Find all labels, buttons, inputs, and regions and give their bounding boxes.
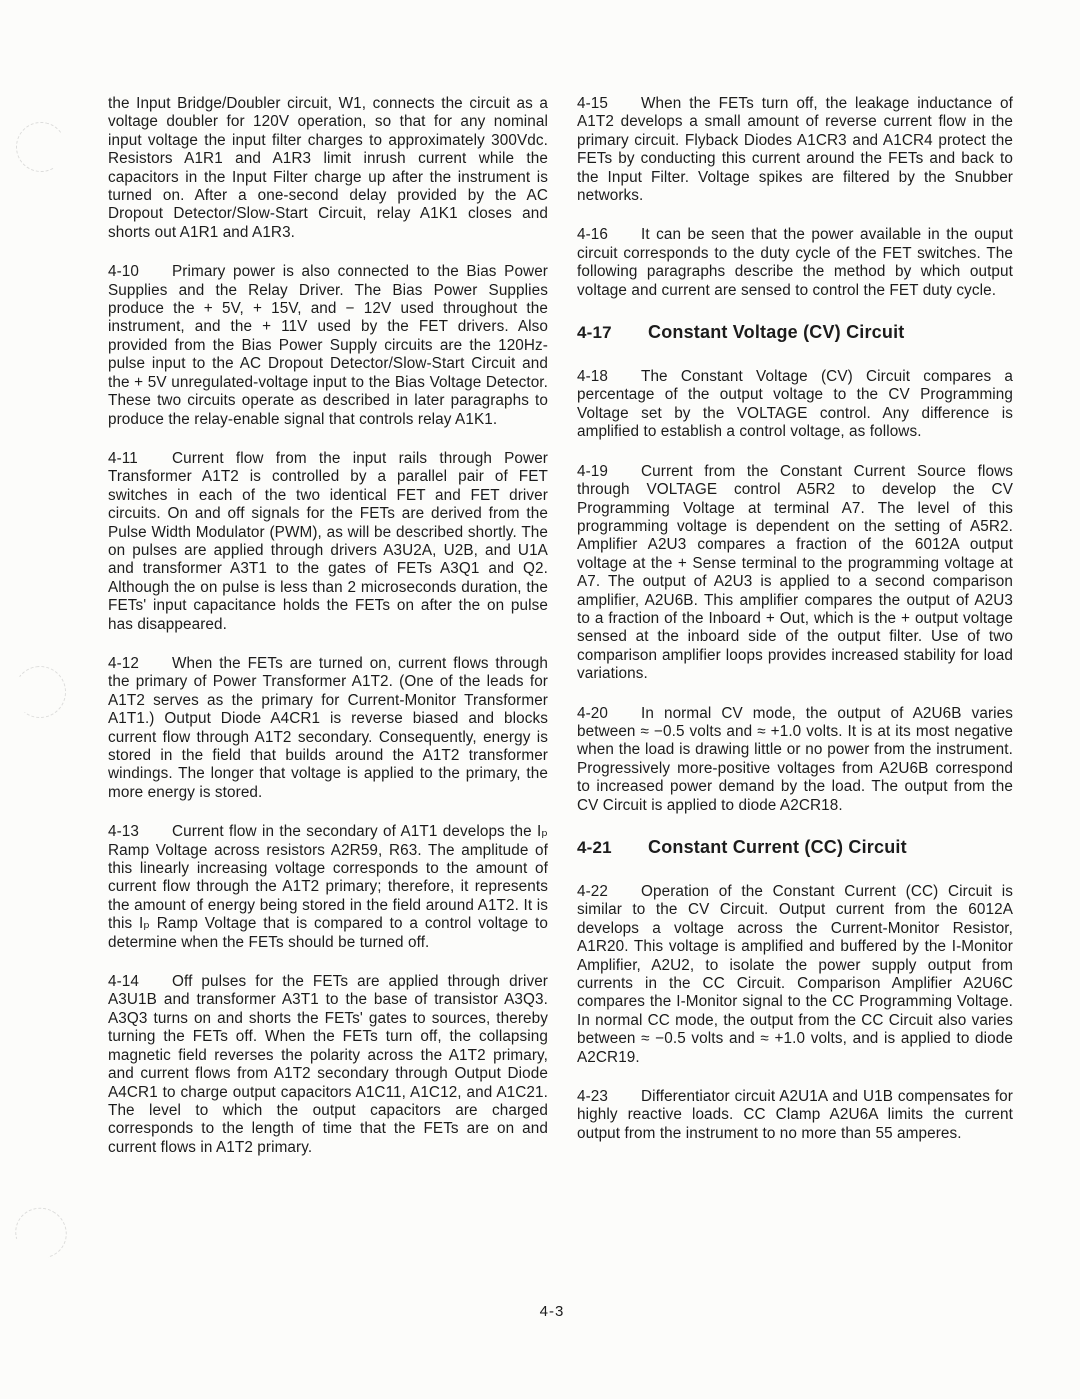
paragraph-4-16: 4-16It can be seen that the power availa… [577, 226, 1013, 300]
section-title: Constant Current (CC) Circuit [648, 837, 907, 857]
section-number: 4-21 [577, 837, 648, 859]
paragraph-text: When the FETs are turned on, current flo… [108, 655, 548, 801]
paragraph-text: In normal CV mode, the output of A2U6B v… [577, 705, 1013, 814]
paragraph-number: 4-11 [108, 450, 172, 468]
section-number: 4-17 [577, 322, 648, 344]
left-column: the Input Bridge/Doubler circuit, W1, co… [108, 95, 548, 1178]
paragraph-4-14: 4-14Off pulses for the FETs are applied … [108, 973, 548, 1157]
manual-page: the Input Bridge/Doubler circuit, W1, co… [0, 0, 1080, 1399]
punch-hole-artifact-bottom [6, 1198, 76, 1267]
punch-hole-artifact-top [11, 117, 70, 176]
paragraph-text: It can be seen that the power available … [577, 226, 1013, 298]
paragraph-number: 4-20 [577, 705, 641, 723]
paragraph-text: Current from the Constant Current Source… [577, 463, 1013, 682]
section-heading-constant-voltage: 4-17Constant Voltage (CV) Circuit [577, 321, 1013, 344]
paragraph-number: 4-14 [108, 973, 172, 991]
paragraph-number: 4-23 [577, 1088, 641, 1106]
paragraph-number: 4-22 [577, 883, 641, 901]
paragraph-number: 4-16 [577, 226, 641, 244]
paragraph-text: Differentiator circuit A2U1A and U1B com… [577, 1088, 1013, 1142]
paragraph-text: Primary power is also connected to the B… [108, 263, 548, 427]
paragraph-4-11: 4-11Current flow from the input rails th… [108, 450, 548, 634]
paragraph-text: When the FETs turn off, the leakage indu… [577, 95, 1013, 204]
paragraph-4-12: 4-12When the FETs are turned on, current… [108, 655, 548, 802]
paragraph-4-23: 4-23Differentiator circuit A2U1A and U1B… [577, 1088, 1013, 1143]
paragraph-number: 4-19 [577, 463, 641, 481]
page-number: 4-3 [0, 1303, 1080, 1320]
paragraph-number: 4-18 [577, 368, 641, 386]
paragraph-4-22: 4-22Operation of the Constant Current (C… [577, 883, 1013, 1067]
paragraph-text: Current flow in the secondary of A1T1 de… [108, 823, 548, 950]
section-heading-constant-current: 4-21Constant Current (CC) Circuit [577, 836, 1013, 859]
paragraph-number: 4-15 [577, 95, 641, 113]
paragraph-number: 4-10 [108, 263, 172, 281]
paragraph-text: the Input Bridge/Doubler circuit, W1, co… [108, 95, 548, 241]
paragraph-text: Current flow from the input rails throug… [108, 450, 548, 633]
section-title: Constant Voltage (CV) Circuit [648, 322, 904, 342]
paragraph-4-19: 4-19Current from the Constant Current So… [577, 463, 1013, 684]
paragraph-text: The Constant Voltage (CV) Circuit compar… [577, 368, 1013, 440]
paragraph-text: Operation of the Constant Current (CC) C… [577, 883, 1013, 1066]
paragraph-4-10: 4-10Primary power is also connected to t… [108, 263, 548, 429]
right-column: 4-15When the FETs turn off, the leakage … [577, 95, 1013, 1164]
paragraph-number: 4-12 [108, 655, 172, 673]
paragraph-text: Off pulses for the FETs are applied thro… [108, 973, 548, 1156]
paragraph-4-20: 4-20In normal CV mode, the output of A2U… [577, 705, 1013, 815]
paragraph-number: 4-13 [108, 823, 172, 841]
punch-hole-artifact-middle [11, 663, 70, 722]
paragraph-intro-continued: the Input Bridge/Doubler circuit, W1, co… [108, 95, 548, 242]
paragraph-4-13: 4-13Current flow in the secondary of A1T… [108, 823, 548, 952]
paragraph-4-18: 4-18The Constant Voltage (CV) Circuit co… [577, 368, 1013, 442]
paragraph-4-15: 4-15When the FETs turn off, the leakage … [577, 95, 1013, 205]
